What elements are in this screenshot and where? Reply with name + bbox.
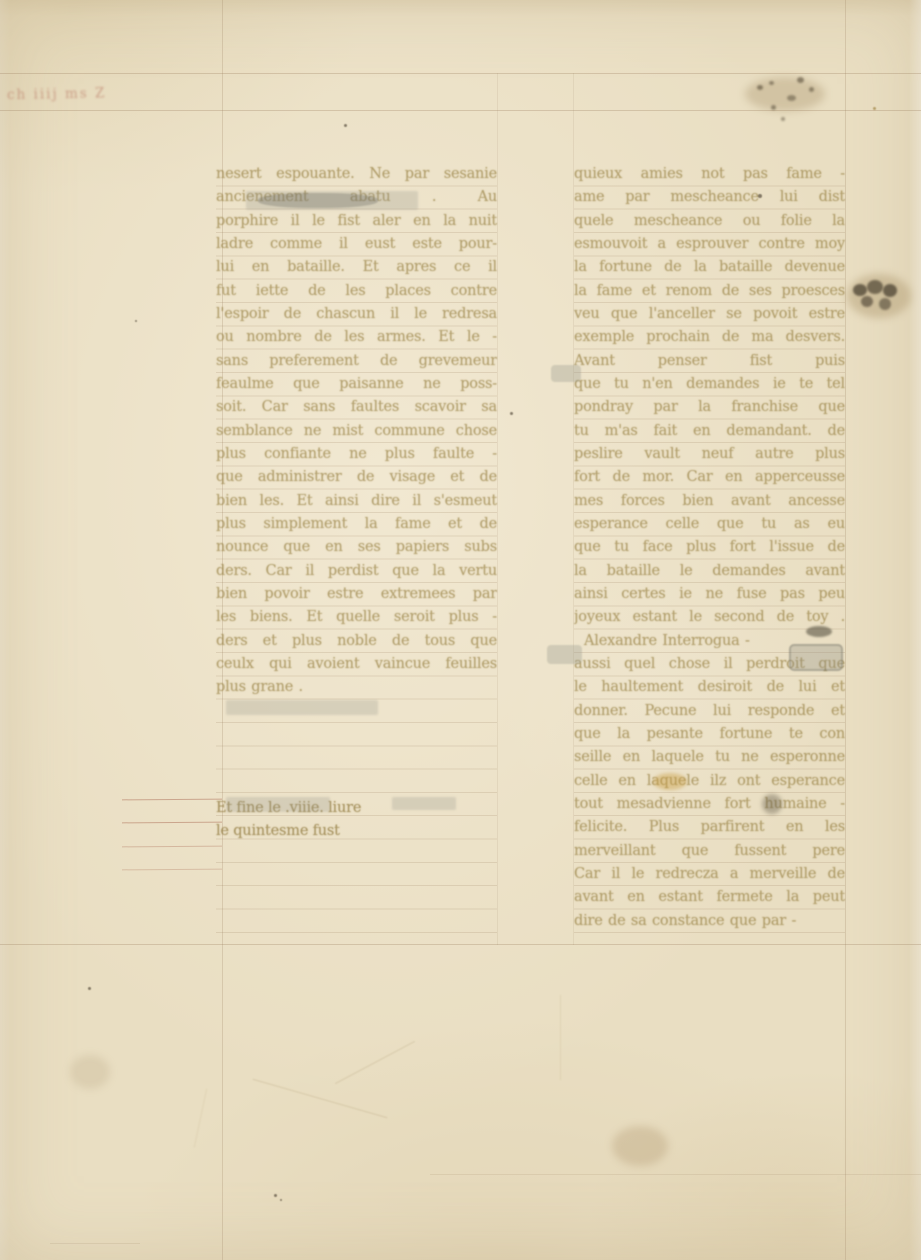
- bottom-stain: [612, 1126, 668, 1166]
- ruling-line-h: [0, 944, 921, 945]
- text-line: Car il le redrecza a merveille de: [574, 863, 845, 886]
- text-line: les biens. Et quelle seroit plus -: [216, 606, 497, 629]
- parchment-vein: [253, 1079, 388, 1119]
- offset-initial-large: [789, 644, 843, 671]
- manuscript-page: ch iiij ms Z nesert espouante. Ne par se…: [0, 0, 921, 1260]
- text-line: dire de sa constance que par -: [574, 910, 845, 933]
- text-line: exemple prochain de ma desvers.: [574, 326, 845, 349]
- text-line: la bataille le demandes avant: [574, 560, 845, 583]
- text-line: plus confiante ne plus faulte -: [216, 443, 497, 466]
- text-line: soit. Car sans faultes scavoir sa: [216, 396, 497, 419]
- ink-speck: [758, 194, 762, 198]
- erased-scribble: [258, 193, 378, 208]
- text-line: mes forces bien avant ancesse: [574, 490, 845, 513]
- ink-speck: [280, 1199, 282, 1201]
- ruling-line-h: [430, 1174, 921, 1175]
- text-line: nesert espouante. Ne par sesanie: [216, 163, 497, 186]
- text-line: feaulme que paisanne ne poss-: [216, 373, 497, 396]
- ruling-line-v: [497, 73, 498, 945]
- offset-band: [226, 700, 378, 715]
- text-line: donner. Pecune lui responde et: [574, 700, 845, 723]
- offset-band: [392, 797, 456, 810]
- text-line: ders et plus noble de tous que: [216, 630, 497, 653]
- ink-speck: [274, 1194, 277, 1197]
- text-line: plus simplement la fame et de: [216, 513, 497, 536]
- text-line: tu m'as fait en demandant. de: [574, 420, 845, 443]
- text-line: celle en laquele ilz ont esperance: [574, 770, 845, 793]
- text-column-left: nesert espouante. Ne par sesanieancienem…: [216, 163, 497, 700]
- text-line: que la pesante fortune te con: [574, 723, 845, 746]
- parchment-vein: [335, 1041, 415, 1084]
- red-ruling-segment: [122, 822, 222, 824]
- text-line: seille en laquele tu ne esperonne: [574, 746, 845, 769]
- top-right-ink-smudge: [735, 65, 845, 125]
- text-line: peslire vault neuf autre plus: [574, 443, 845, 466]
- text-line: fort de mor. Car en apperceusse: [574, 466, 845, 489]
- text-line: joyeux estant le second de toy .: [574, 606, 845, 629]
- parchment-vein: [194, 1089, 207, 1148]
- text-line: esmouvoit a esprouver contre moy: [574, 233, 845, 256]
- text-line: nounce que en ses papiers subs: [216, 536, 497, 559]
- text-line: merveillant que fussent pere: [574, 840, 845, 863]
- text-line: pondray par la franchise que: [574, 396, 845, 419]
- text-column-right: quieux amies not pas fame -ame par mesch…: [574, 163, 845, 933]
- text-line: ladre comme il eust este pour-: [216, 233, 497, 256]
- text-line: ainsi certes ie ne fuse pas peu: [574, 583, 845, 606]
- red-ruling-segment: [122, 799, 222, 801]
- text-line: ders. Car il perdist que la vertu: [216, 560, 497, 583]
- text-line: avant en estant fermete la peut: [574, 886, 845, 909]
- ink-speck: [510, 412, 513, 415]
- text-line: l'espoir de chascun il le redresa: [216, 303, 497, 326]
- yellow-stain: [653, 773, 687, 790]
- text-line: felicite. Plus parfirent en les: [574, 816, 845, 839]
- offset-initial-small: [547, 645, 582, 664]
- text-line: quieux amies not pas fame -: [574, 163, 845, 186]
- text-line: veu que l'anceller se povoit estre: [574, 303, 845, 326]
- text-line: bien les. Et ainsi dire il s'esmeut: [216, 490, 497, 513]
- ink-speck: [344, 124, 347, 127]
- text-line: que tu face plus fort l'issue de: [574, 536, 845, 559]
- fore-edge-ink-stain: [845, 268, 917, 324]
- text-line: fut iette de les places contre: [216, 280, 497, 303]
- red-ruling-segment: [122, 869, 222, 871]
- text-line: porphire il le fist aler en la nuit: [216, 210, 497, 233]
- ruling-line-v: [845, 0, 846, 1260]
- explicit-line: le quintesme fust: [216, 820, 497, 843]
- text-line: ou nombre de les armes. Et le -: [216, 326, 497, 349]
- text-line: la fame et renom de ses proesces: [574, 280, 845, 303]
- parchment-vein: [560, 995, 561, 1080]
- margin-stain: [70, 1055, 110, 1089]
- text-line: la fortune de la bataille devenue: [574, 256, 845, 279]
- text-line: sans preferement de grevemeur: [216, 350, 497, 373]
- text-line: esperance celle que tu as eu: [574, 513, 845, 536]
- text-line: Avant penser fist puis: [574, 350, 845, 373]
- text-line: que tu n'en demandes ie te tel: [574, 373, 845, 396]
- text-line: quele mescheance ou folie la: [574, 210, 845, 233]
- offset-initial-small: [551, 365, 581, 382]
- text-line: ame par mescheance lui dist: [574, 186, 845, 209]
- text-line: bien povoir estre extremees par: [216, 583, 497, 606]
- ink-smudge: [806, 626, 832, 637]
- text-line: que administrer de visage et de: [216, 466, 497, 489]
- text-line: ceulx qui avoient vaincue feuilles: [216, 653, 497, 676]
- text-line: tout mesadvienne fort humaine -: [574, 793, 845, 816]
- ink-speck: [873, 107, 876, 110]
- text-line: plus grane .: [216, 676, 497, 699]
- offset-band: [226, 797, 330, 812]
- text-line: lui en bataille. Et apres ce il: [216, 256, 497, 279]
- ink-speck: [88, 987, 91, 990]
- text-line: le haultement desiroit de lui et: [574, 676, 845, 699]
- ink-speck: [135, 320, 137, 322]
- ink-smudge: [762, 794, 782, 814]
- text-line: semblance ne mist commune chose: [216, 420, 497, 443]
- red-ruling-segment: [122, 846, 222, 848]
- faded-inscription: ch iiij ms Z: [7, 85, 137, 103]
- ruling-line-h: [50, 1243, 140, 1244]
